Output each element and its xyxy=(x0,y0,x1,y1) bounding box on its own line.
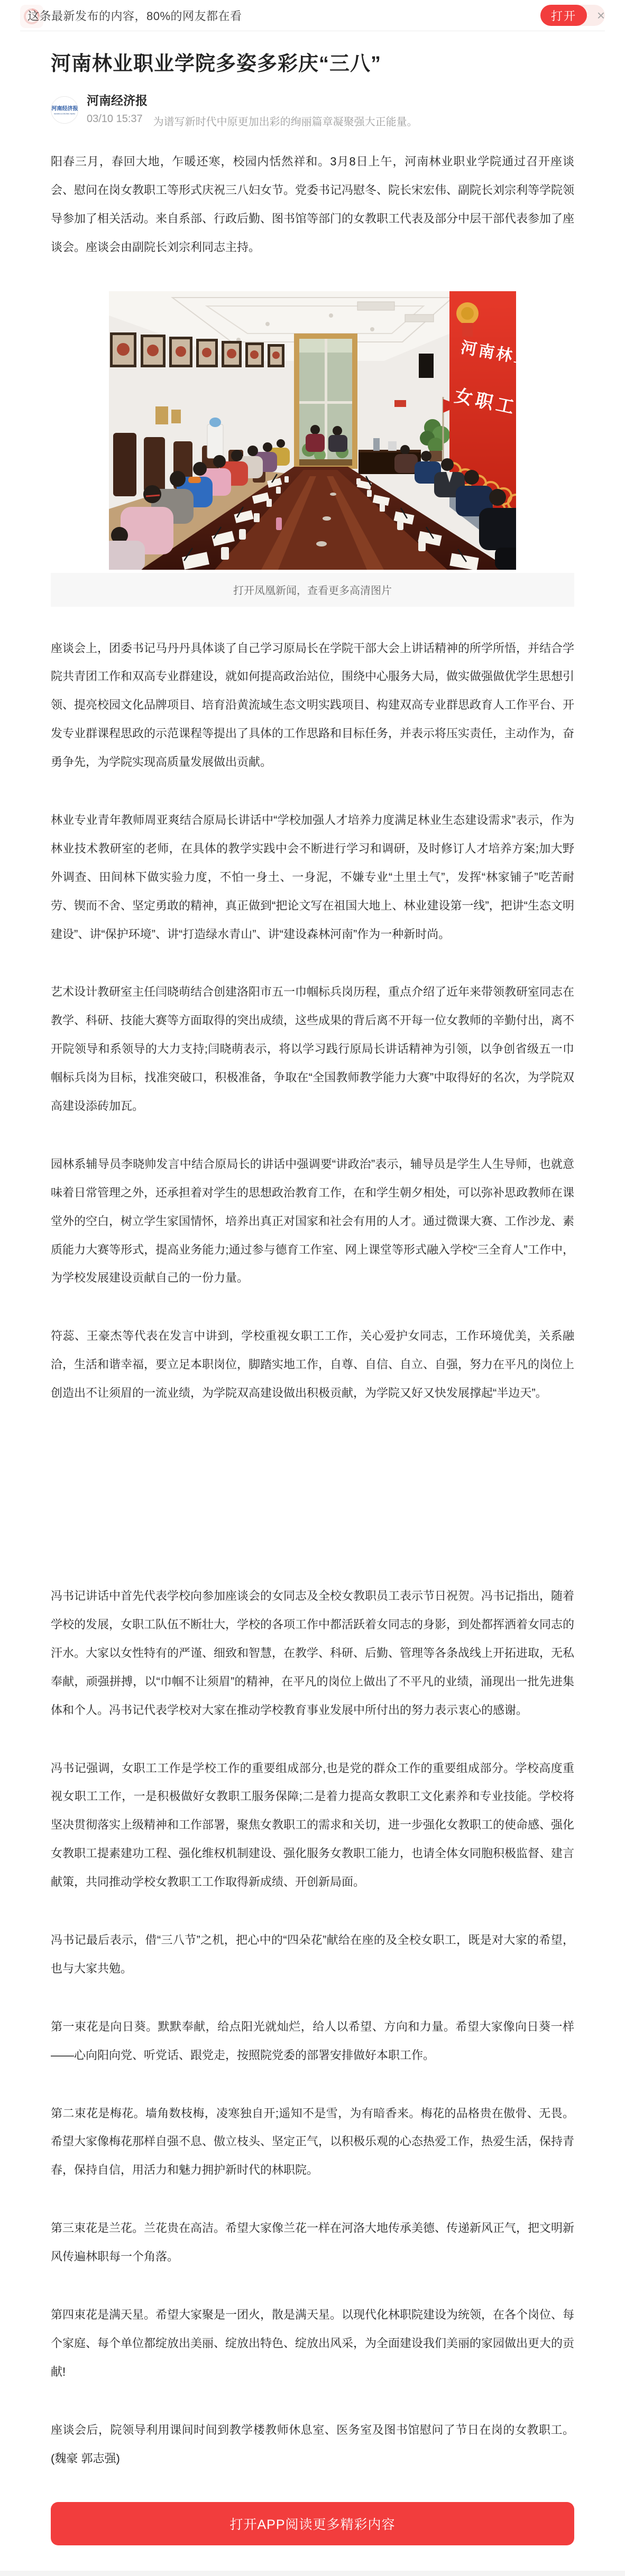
promo-banner-left: 这条最新发布的内容，80%的网友都在看 xyxy=(20,4,242,27)
header-divider xyxy=(20,31,605,31)
article-paragraph: 符蕊、王豪杰等代表在发言中讲到，学校重视女职工工作，关心爱护女同志，工作环境优美… xyxy=(51,1322,574,1407)
open-app-footer-button[interactable]: 打开APP阅读更多精彩内容 xyxy=(51,2502,574,2545)
article-paragraph: 第四束花是满天星。希望大家聚是一团火，散是满天星。以现代化林职院建设为统领，在各… xyxy=(51,2301,574,2386)
article-paragraph: 冯书记讲话中首先代表学校向参加座谈会的女同志及全校女教职员工表示节日祝贺。冯书记… xyxy=(51,1582,574,1724)
publish-time: 03/10 15:37 xyxy=(87,113,143,128)
source-avatar[interactable]: 河南经济报 HENAN ECONOMIC NEWS xyxy=(51,96,78,124)
source-avatar-text: 河南经济报 xyxy=(51,105,78,113)
promo-banner-text: 这条最新发布的内容，80%的网友都在看 xyxy=(27,7,242,24)
article-paragraph: 第一束花是向日葵。默默奉献，给点阳光就灿烂，给人以希望、方向和力量。希望大家像向… xyxy=(51,2013,574,2070)
article-paragraph: 艺术设计教研室主任闫晓萌结合创建洛阳市五一巾帼标兵岗历程，重点介绍了近年来带领教… xyxy=(51,978,574,1120)
article-paragraph: 园林系辅导员李晓帅发言中结合原局长的讲话中强调要“讲政治”表示，辅导员是学生人生… xyxy=(51,1150,574,1292)
source-avatar-subtext: HENAN ECONOMIC NEWS xyxy=(54,113,75,115)
byline-text: 河南经济报 03/10 15:37 为谱写新时代中原更加出彩的绚丽篇章凝聚强大正… xyxy=(87,91,418,128)
article-title: 河南林业职业学院多姿多彩庆“三八” xyxy=(51,47,574,76)
article-meta: 03/10 15:37 为谱写新时代中原更加出彩的绚丽篇章凝聚强大正能量。 xyxy=(87,113,418,128)
article-body: 阳春三月，春回大地，乍暖还寒，校园内恬然祥和。3月8日上午，河南林业职业学院通过… xyxy=(51,147,574,2472)
article-paragraph: 冯书记强调，女职工工作是学校工作的重要组成部分,也是党的群众工作的重要组成部分。… xyxy=(51,1754,574,1896)
article-paragraph: 第三束花是兰花。兰花贵在高洁。希望大家像兰花一样在河洛大地传承美德、传递新风正气… xyxy=(51,2214,574,2271)
source-name[interactable]: 河南经济报 xyxy=(87,91,418,108)
page-bottom-strip xyxy=(0,2571,625,2576)
banner-close-icon[interactable]: × xyxy=(597,8,605,22)
meeting-photo-illustration: 河南林业职 女职工工作 xyxy=(109,291,516,570)
promo-banner: 这条最新发布的内容，80%的网友都在看 开 打开 × xyxy=(0,0,625,31)
article-photo[interactable]: 河南林业职 女职工工作 xyxy=(109,291,516,570)
promo-banner-actions: 开 打开 × xyxy=(540,5,605,26)
article-paragraph: 座谈会后，院领导利用课间时间到教学楼教师休息室、医务室及图书馆慰问了节日在岗的女… xyxy=(51,2416,574,2473)
article-paragraph: 座谈会上，团委书记马丹丹具体谈了自己学习原局长在学院干部大会上讲话精神的所学所悟… xyxy=(51,634,574,776)
article-paragraph: 林业专业青年教师周亚爽结合原局长讲话中“学校加强人才培养力度满足林业生态建设需求… xyxy=(51,806,574,948)
photo-caption-bar[interactable]: 打开凤凰新闻，查看更多高清图片 xyxy=(51,573,574,607)
article-page: 这条最新发布的内容，80%的网友都在看 开 打开 × 河南林业职业学院多姿多彩庆… xyxy=(0,0,625,2576)
article-tagline: 为谱写新时代中原更加出彩的绚丽篇章凝聚强大正能量。 xyxy=(153,113,418,128)
open-app-button[interactable]: 打开 xyxy=(540,5,587,26)
article-paragraph: 冯书记最后表示，借“三八节”之机，把心中的“四朵花”献给在座的及全校女职工，既是… xyxy=(51,1926,574,1983)
article-paragraph: 第二束花是梅花。墙角数枝梅，凌寒独自开;遥知不是雪，为有暗香来。梅花的品格贵在傲… xyxy=(51,2099,574,2185)
article-paragraph: 阳春三月，春回大地，乍暖还寒，校园内恬然祥和。3月8日上午，河南林业职业学院通过… xyxy=(51,147,574,262)
article-byline: 河南经济报 HENAN ECONOMIC NEWS 河南经济报 03/10 15… xyxy=(51,91,574,128)
photo-caption: 打开凤凰新闻，查看更多高清图片 xyxy=(233,582,392,597)
photo-block: 河南林业职 女职工工作 xyxy=(51,291,574,607)
article-content: 河南林业职业学院多姿多彩庆“三八” 河南经济报 HENAN ECONOMIC N… xyxy=(0,47,625,2545)
